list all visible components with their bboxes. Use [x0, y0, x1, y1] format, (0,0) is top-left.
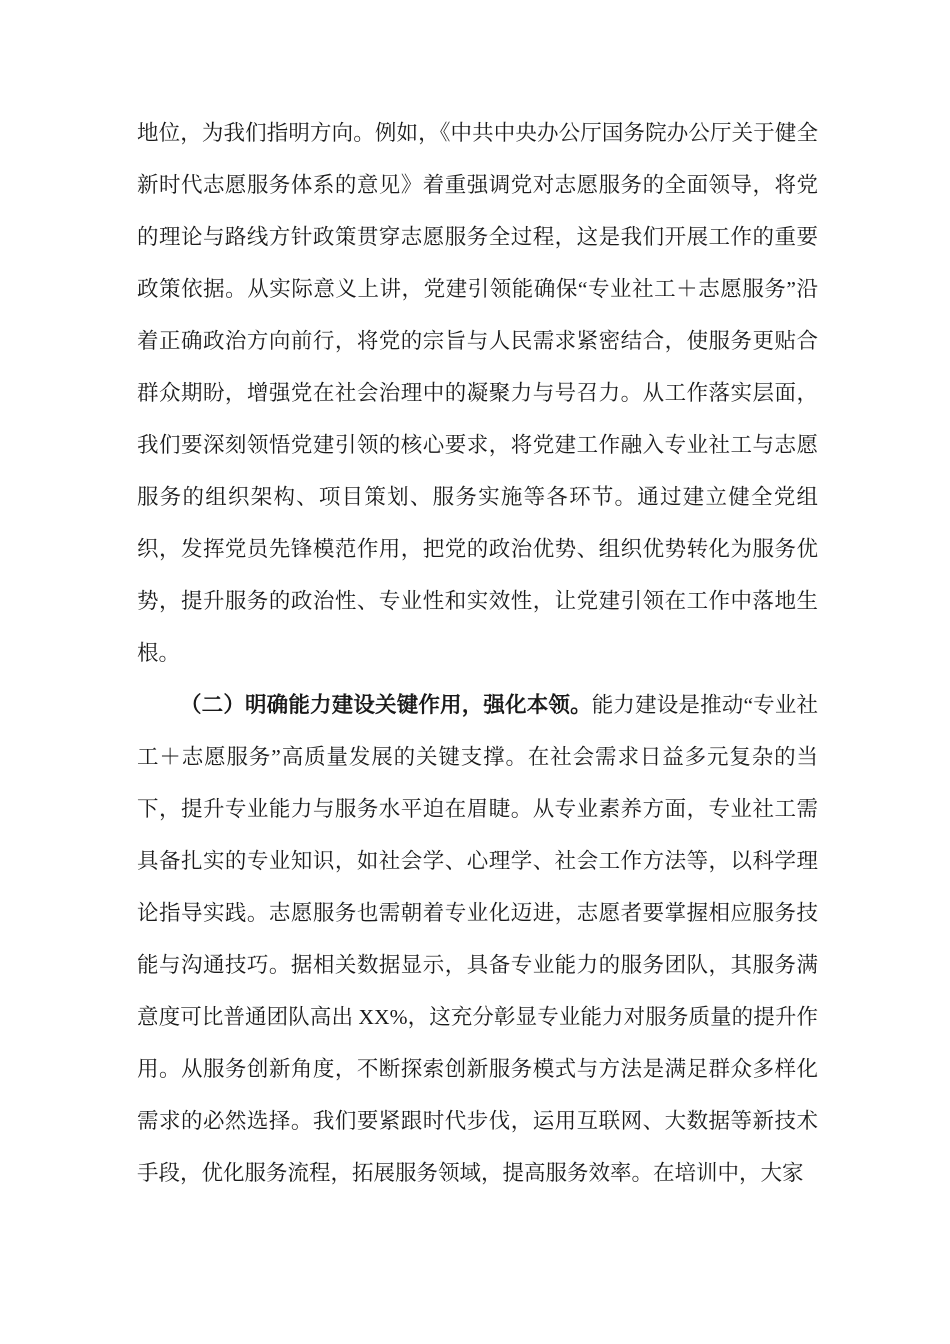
paragraph-section-two: （二）明确能力建设关键作用，强化本领。能力建设是推动“专业社工＋志愿服务”高质量…: [137, 679, 818, 1199]
paragraph-continuation-text: 地位，为我们指明方向。例如，《中共中央办公厅国务院办公厅关于健全新时代志愿服务体…: [137, 121, 818, 665]
section-two-body-text: 能力建设是推动“专业社工＋志愿服务”高质量发展的关键支撑。在社会需求日益多元复杂…: [137, 693, 818, 1185]
section-two-heading-bold: （二）明确能力建设关键作用，强化本领。: [180, 693, 592, 717]
document-page: 地位，为我们指明方向。例如，《中共中央办公厅国务院办公厅关于健全新时代志愿服务体…: [0, 0, 950, 1344]
page-text-area: 地位，为我们指明方向。例如，《中共中央办公厅国务院办公厅关于健全新时代志愿服务体…: [137, 107, 818, 1199]
paragraph-continuation: 地位，为我们指明方向。例如，《中共中央办公厅国务院办公厅关于健全新时代志愿服务体…: [137, 107, 818, 679]
